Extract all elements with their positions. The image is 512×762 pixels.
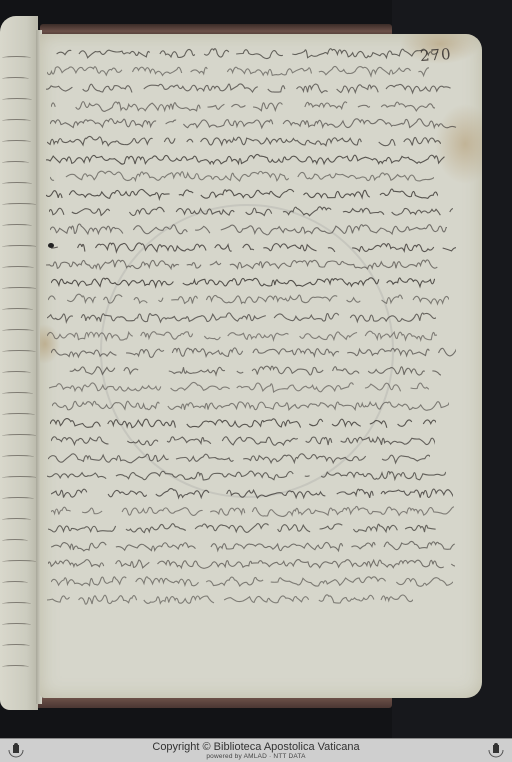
copyright-text: Copyright © Biblioteca Apostolica Vatica… [0, 741, 512, 753]
handwritten-text-line [48, 556, 455, 570]
handwritten-text-line [51, 345, 456, 359]
handwritten-text-line [51, 486, 453, 500]
facing-page-text-line [2, 161, 29, 165]
handwritten-text-line [47, 328, 437, 342]
facing-page-text-line [2, 497, 34, 501]
handwritten-text-line [49, 204, 453, 218]
handwritten-text-line [51, 574, 454, 588]
handwritten-text-line [51, 240, 456, 254]
facing-page-text-line [2, 602, 31, 606]
handwritten-text-line [48, 292, 450, 306]
facing-page-text-line [2, 455, 34, 459]
facing-page-text-line [2, 329, 34, 333]
handwritten-text-line [48, 521, 446, 535]
facing-page-text-line [2, 182, 32, 186]
handwritten-text-line [48, 451, 430, 465]
facing-page-text-line [2, 119, 31, 123]
handwritten-text-line [46, 152, 445, 166]
manuscript-page: 270 [40, 34, 482, 698]
handwritten-text-line [47, 592, 414, 606]
handwritten-text-line [51, 433, 435, 447]
handwritten-text-line [47, 64, 430, 78]
facing-page-text-line [2, 392, 33, 396]
handwritten-text-line [50, 416, 436, 430]
handwritten-text-line [49, 380, 429, 394]
handwritten-text-line [51, 99, 435, 113]
handwritten-text-line [49, 46, 444, 60]
facing-page-left [0, 16, 38, 710]
handwritten-text-line [51, 504, 454, 518]
handwritten-text-line [46, 257, 438, 271]
facing-page-text-line [2, 56, 31, 60]
facing-page-text-line [2, 434, 37, 438]
handwritten-text-line [46, 81, 451, 95]
book-cover-bottom-edge [30, 698, 392, 708]
handwritten-text-line [46, 187, 438, 201]
facing-page-text-line [2, 560, 37, 564]
facing-page-text-line [2, 371, 31, 375]
facing-page-text-line [2, 539, 28, 543]
facing-page-text-line [2, 224, 32, 228]
handwritten-text-line [51, 275, 435, 289]
facing-page-text-line [2, 644, 30, 648]
facing-page-text-line [2, 140, 31, 144]
handwritten-text-line [47, 134, 441, 148]
facing-page-text-line [2, 203, 37, 207]
facing-page-text-line [2, 476, 38, 480]
handwritten-text-line [52, 398, 449, 412]
facing-page-text-line [2, 308, 33, 312]
vatican-library-seal-icon [486, 741, 506, 761]
powered-by-text: powered by AMLAD · NTT DATA [0, 753, 512, 760]
facing-page-text-line [2, 413, 35, 417]
facing-page-text-line [2, 77, 29, 81]
facing-page-text-line [2, 287, 37, 291]
facing-page-text-line [2, 266, 34, 270]
handwritten-text-line [47, 310, 436, 324]
handwritten-text-line [48, 363, 440, 377]
handwritten-text-line [50, 116, 459, 130]
handwritten-text-line [50, 169, 434, 183]
facing-page-text-line [2, 350, 36, 354]
copyright-footer: Copyright © Biblioteca Apostolica Vatica… [0, 738, 512, 762]
facing-page-text-line [2, 581, 28, 585]
facing-page-text-line [2, 623, 31, 627]
facing-page-text-line [2, 98, 32, 102]
facing-page-text-line [2, 245, 38, 249]
handwritten-text-line [50, 222, 446, 236]
facing-page-text-line [2, 518, 31, 522]
handwritten-text-line [51, 539, 457, 553]
facing-page-text-line [2, 665, 29, 669]
handwritten-text-line [47, 468, 447, 482]
manuscript-image-viewer[interactable]: 270 [0, 0, 512, 738]
